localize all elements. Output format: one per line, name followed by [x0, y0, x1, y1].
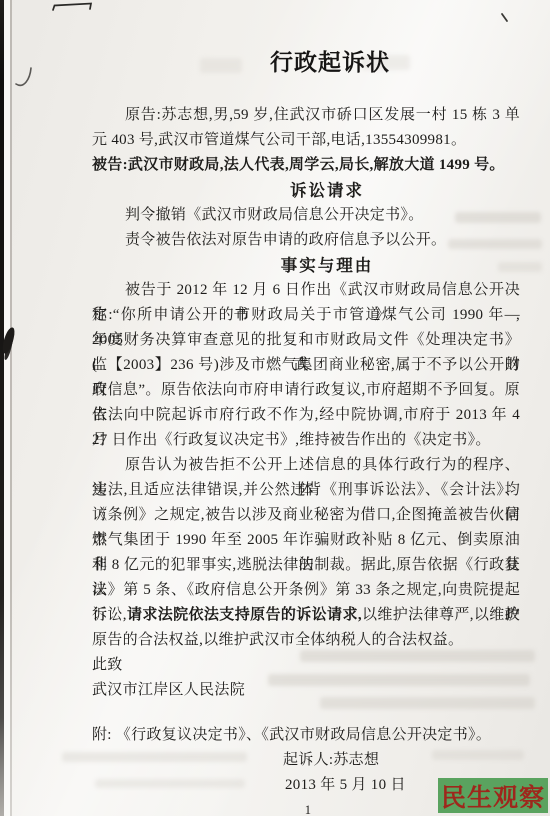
facts-p2-l7-bold: 请求法院依法支持原告的诉讼请求,: [127, 607, 362, 623]
facts-p2-line: 原告认为被告拒不公开上述信息的具体行政行为的程序、实体均: [92, 453, 520, 478]
facts-heading: 事实与理由: [92, 253, 520, 278]
blank-gap: [92, 703, 520, 723]
watermark: 民生观察: [438, 778, 548, 813]
facts-p2-line: 违法,且适应法律错误,并公然违背《刑事诉讼法》、《会计法》、《信: [92, 478, 520, 503]
facts-p1-line: 依法向中院起诉市府行政不作为,经中院协调,市府于 2013 年 4 月: [92, 403, 520, 428]
pen-line-mark: [53, 4, 91, 11]
document-title: 行政起诉状: [92, 44, 544, 77]
signature-line: 起诉人:苏志想: [92, 748, 520, 773]
facts-p1-line: 27 日作出《行政复议决定书》,维持被告作出的《决定书》。: [92, 428, 520, 453]
facts-p1-line: 称:“你所申请公开的市财政局关于市管道煤气公司 1990 年—2005: [92, 303, 520, 328]
facts-p1-line: 府信息”。原告依法向市府申请行政复议,市府超期不予回复。原告: [92, 378, 520, 403]
defendant-line: 被告:武汉市财政局,法人代表,周学云,局长,解放大道 1499 号。: [92, 153, 520, 178]
tick-mark: [502, 14, 507, 21]
plaintiff-line-1: 原告:苏志想,男,59 岁,住武汉市硚口区发展一村 15 栋 3 单: [92, 103, 520, 128]
scan-edge-gap: [4, 0, 10, 816]
facts-p2-line: 访条例》之规定,被告以涉及商业秘密为借口,企图掩盖被告伙同市: [92, 503, 520, 528]
facts-p2-line: 法》第 5 条、《政府信息公开条例》第 33 条之规定,向贵院提起行政: [92, 578, 520, 603]
facts-p2-line: 原告的合法权益,以维护武汉市全体纳税人的合法权益。: [92, 628, 520, 653]
attachments-line: 附: 《行政复议决定书》、《武汉市财政局信息公开决定书》。: [92, 723, 520, 748]
scan-fold-line: [10, 0, 12, 816]
facts-p2-line-mixed: 诉讼,请求法院依法支持原告的诉讼请求,以维护法律尊严,以维护: [92, 603, 520, 628]
facts-p2-l7-pre: 诉讼,: [92, 607, 127, 623]
claim-item-2: 责令被告依法对原告申请的政府信息予以公开。: [92, 228, 520, 253]
facts-p2-l7-post: 以维护法律尊严,以维护: [362, 607, 520, 623]
facts-p1-line: 监【2003】236 号)涉及市燃气集团商业秘密,属于不予以公开的政: [92, 353, 520, 378]
facts-p1-line: 被告于 2012 年 12 月 6 日作出《武汉市财政局信息公开决定书》,: [92, 278, 520, 303]
facts-p2-line: 利 8 亿元的犯罪事实,逃脱法律的制裁。据此,原告依据《行政复议: [92, 553, 520, 578]
pen-curl-mark: [16, 68, 31, 85]
facts-p2-line: 燃气集团于 1990 年至 2005 年诈骗财政补贴 8 亿元、倒卖原油非法获: [92, 528, 520, 553]
facts-p1-line: 年度财务决算审查意见的批复和市财政局文件《处理决定书》(武财: [92, 328, 520, 353]
plaintiff-line-2: 元 403 号,武汉市管道煤气公司干部,电话,13554309981。: [92, 128, 520, 153]
claim-item-1: 判令撤销《武汉市财政局信息公开决定书》。: [92, 203, 520, 228]
closing-salute: 此致: [92, 653, 520, 678]
scan-edge-strip: [0, 0, 4, 816]
ink-blot: [1, 326, 16, 354]
closing-court: 武汉市江岸区人民法院: [92, 678, 520, 703]
claims-heading: 诉讼请求: [92, 178, 520, 203]
document-body: 原告:苏志想,男,59 岁,住武汉市硚口区发展一村 15 栋 3 单 元 403…: [92, 103, 520, 816]
watermark-text: 民生观察: [441, 778, 545, 814]
